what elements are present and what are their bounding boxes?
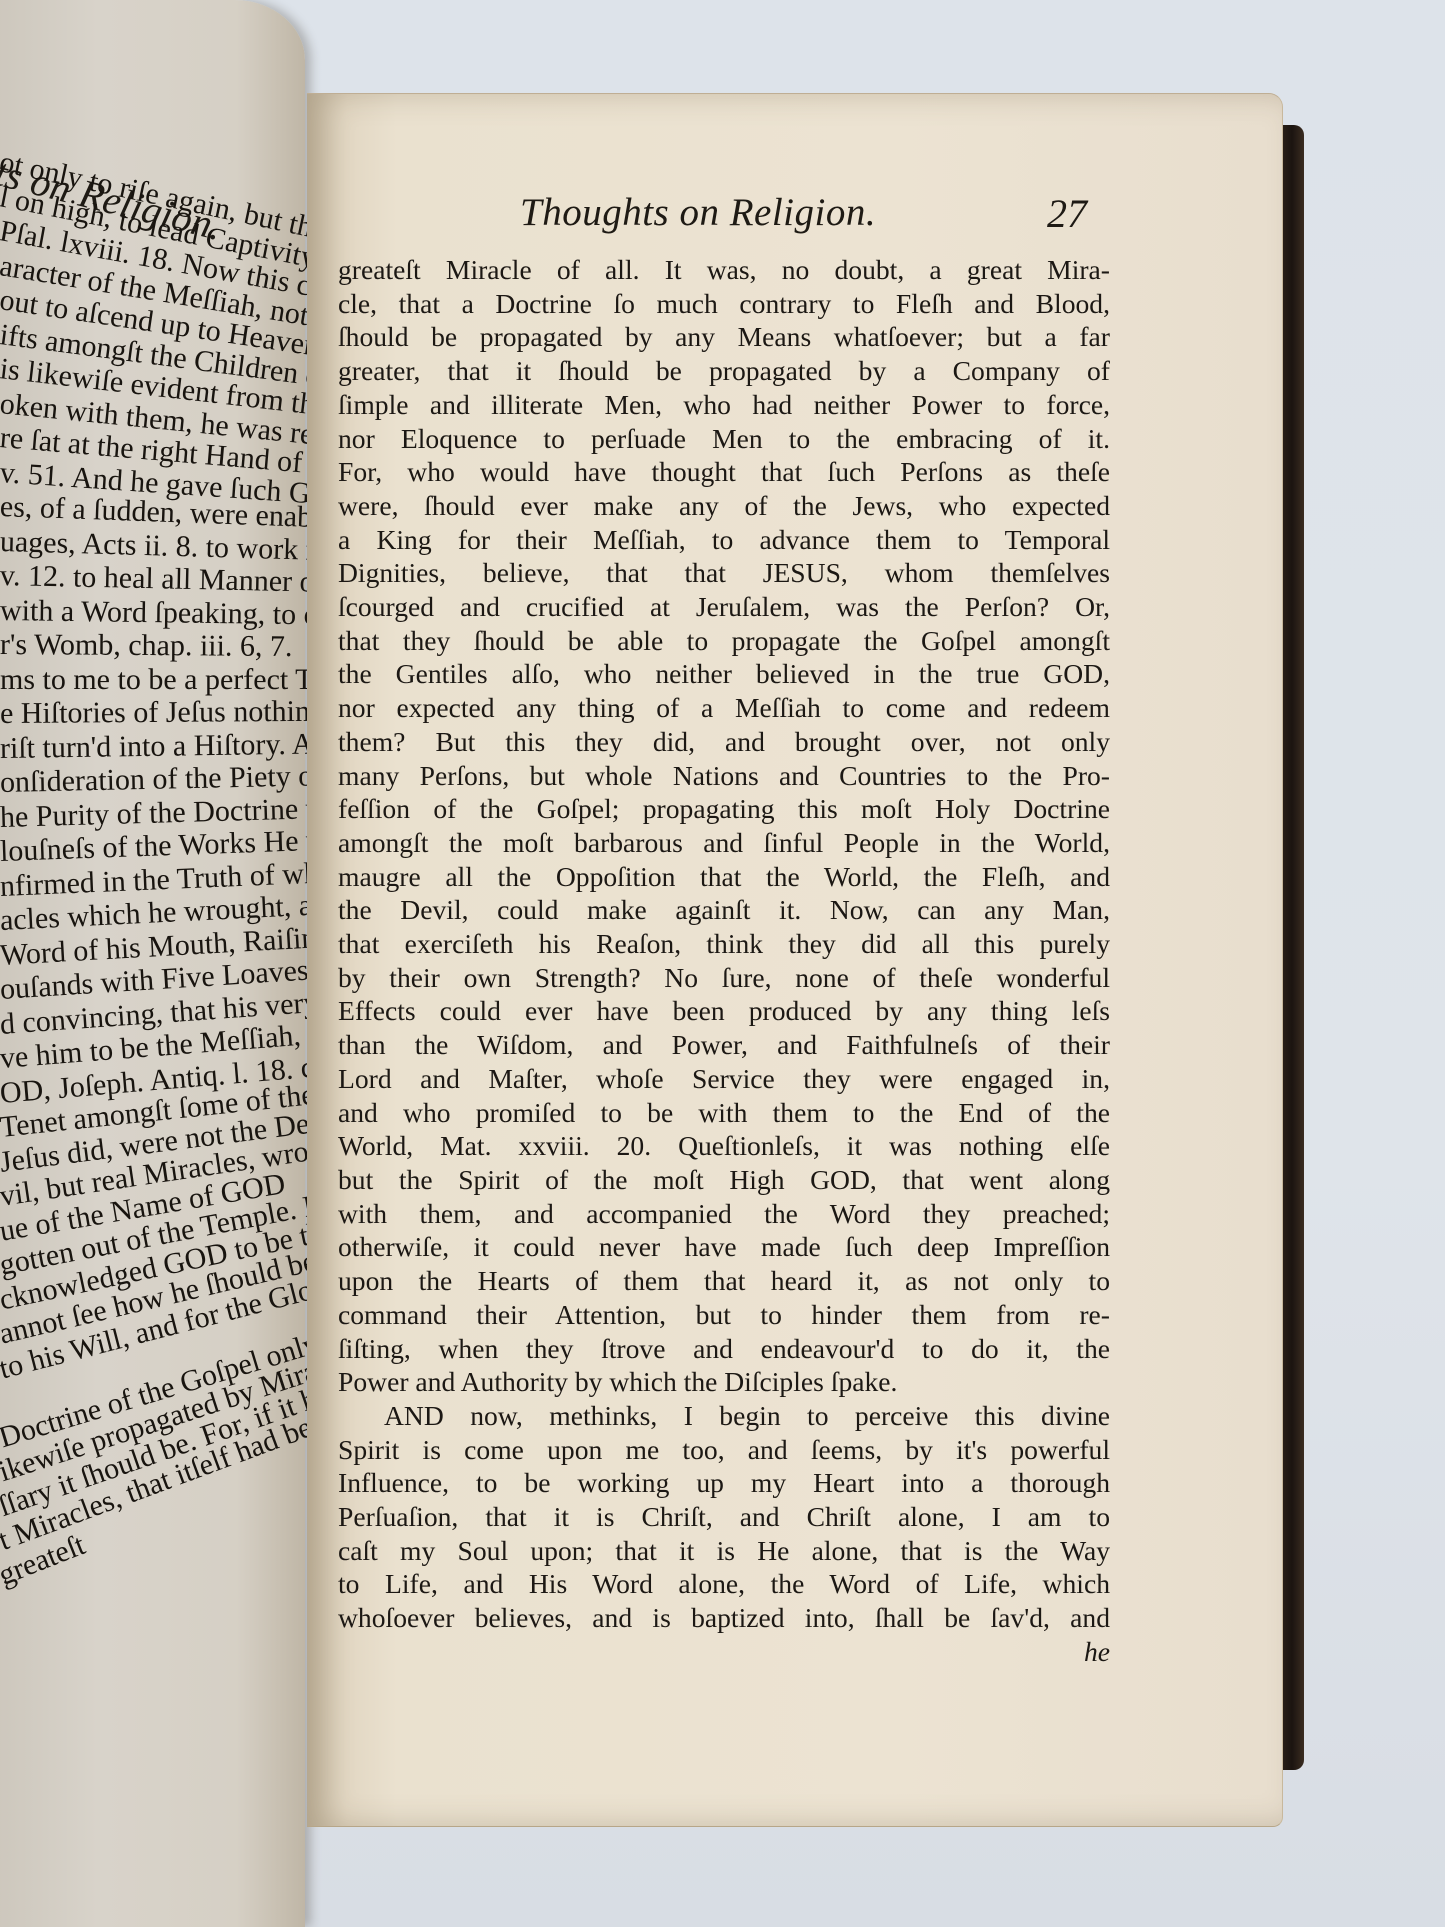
- text-line: amongſt the moſt barbarous and ſinful Pe…: [338, 826, 1110, 860]
- text-line: Influence, to be working up my Heart int…: [338, 1466, 1110, 1500]
- text-line: whoſoever believes, and is baptized into…: [338, 1601, 1110, 1635]
- text-line: ſhould be propagated by any Means whatſo…: [338, 320, 1110, 354]
- left-text-line: r's Womb, chap. iii. 6, 7.: [0, 628, 293, 664]
- text-line: the Devil, could make againſt it. Now, c…: [338, 893, 1110, 927]
- page-body-text: greateſt Miracle of all. It was, no doub…: [338, 253, 1110, 1669]
- text-line: ſiſting, when they ſtrove and endeavour'…: [338, 1332, 1110, 1366]
- text-line: that they ſhould be able to propagate th…: [338, 624, 1110, 658]
- text-line: many Perſons, but whole Nations and Coun…: [338, 759, 1110, 793]
- text-line: to Life, and His Word alone, the Word of…: [338, 1567, 1110, 1601]
- book-photo-scene: ts on Religion. ot only to riſe again, b…: [0, 0, 1445, 1927]
- text-line: AND now, methinks, I begin to perceive t…: [338, 1399, 1110, 1433]
- text-line: For, who would have thought that ſuch Pe…: [338, 455, 1110, 489]
- running-head: Thoughts on Religion.: [520, 190, 876, 235]
- text-line: them? But this they did, and brought ove…: [338, 725, 1110, 759]
- text-line: Effects could ever have been produced by…: [338, 994, 1110, 1028]
- text-line: upon the Hearts of them that heard it, a…: [338, 1264, 1110, 1298]
- page-number: 27: [1047, 190, 1087, 237]
- text-line: maugre all the Oppoſition that the World…: [338, 860, 1110, 894]
- text-line: nor Eloquence to perſuade Men to the emb…: [338, 422, 1110, 456]
- text-line: World, Mat. xxviii. 20. Queſtionleſs, it…: [338, 1129, 1110, 1163]
- text-line: were, ſhould ever make any of the Jews, …: [338, 489, 1110, 523]
- text-line: ſcourged and crucified at Jeruſalem, was…: [338, 590, 1110, 624]
- text-line: otherwiſe, it could never have made ſuch…: [338, 1230, 1110, 1264]
- left-text-line: e Hiſtories of Jeſus nothing elſ: [0, 694, 330, 731]
- text-line: the Gentiles alſo, who neither believed …: [338, 657, 1110, 691]
- left-text-line: ms to me to be a perfect Tra: [0, 663, 330, 697]
- text-line: caſt my Soul upon; that it is He alone, …: [338, 1534, 1110, 1568]
- catchword: he: [338, 1635, 1110, 1669]
- text-line: that exerciſeth his Reaſon, think they d…: [338, 927, 1110, 961]
- text-line: than the Wiſdom, and Power, and Faithful…: [338, 1028, 1110, 1062]
- text-line: Lord and Maſter, whoſe Service they were…: [338, 1062, 1110, 1096]
- book-cover-edge: [1282, 125, 1304, 1770]
- text-line: Power and Authority by which the Diſcipl…: [338, 1365, 1110, 1399]
- text-line: greateſt Miracle of all. It was, no doub…: [338, 253, 1110, 287]
- text-line: greater, that it ſhould be propagated by…: [338, 354, 1110, 388]
- text-line: and who promiſed to be with them to the …: [338, 1096, 1110, 1130]
- text-line: feſſion of the Goſpel; propagating this …: [338, 792, 1110, 826]
- text-line: command their Attention, but to hinder t…: [338, 1298, 1110, 1332]
- text-line: a King for their Meſſiah, to advance the…: [338, 523, 1110, 557]
- left-page-text: ts on Religion. ot only to riſe again, b…: [0, 60, 330, 1860]
- text-line: by their own Strength? No ſure, none of …: [338, 961, 1110, 995]
- text-line: cle, that a Doctrine ſo much contrary to…: [338, 287, 1110, 321]
- text-line: Dignities, believe, that that JESUS, who…: [338, 556, 1110, 590]
- text-line: but the Spirit of the moſt High GOD, tha…: [338, 1163, 1110, 1197]
- text-line: Perſuaſion, that it is Chriſt, and Chriſ…: [338, 1500, 1110, 1534]
- text-line: nor expected any thing of a Meſſiah to c…: [338, 691, 1110, 725]
- text-line: Spirit is come upon me too, and ſeems, b…: [338, 1433, 1110, 1467]
- left-text-line: with a Word ſpeaking, to cure: [0, 594, 330, 633]
- text-line: ſimple and illiterate Men, who had neith…: [338, 388, 1110, 422]
- text-line: with them, and accompanied the Word they…: [338, 1197, 1110, 1231]
